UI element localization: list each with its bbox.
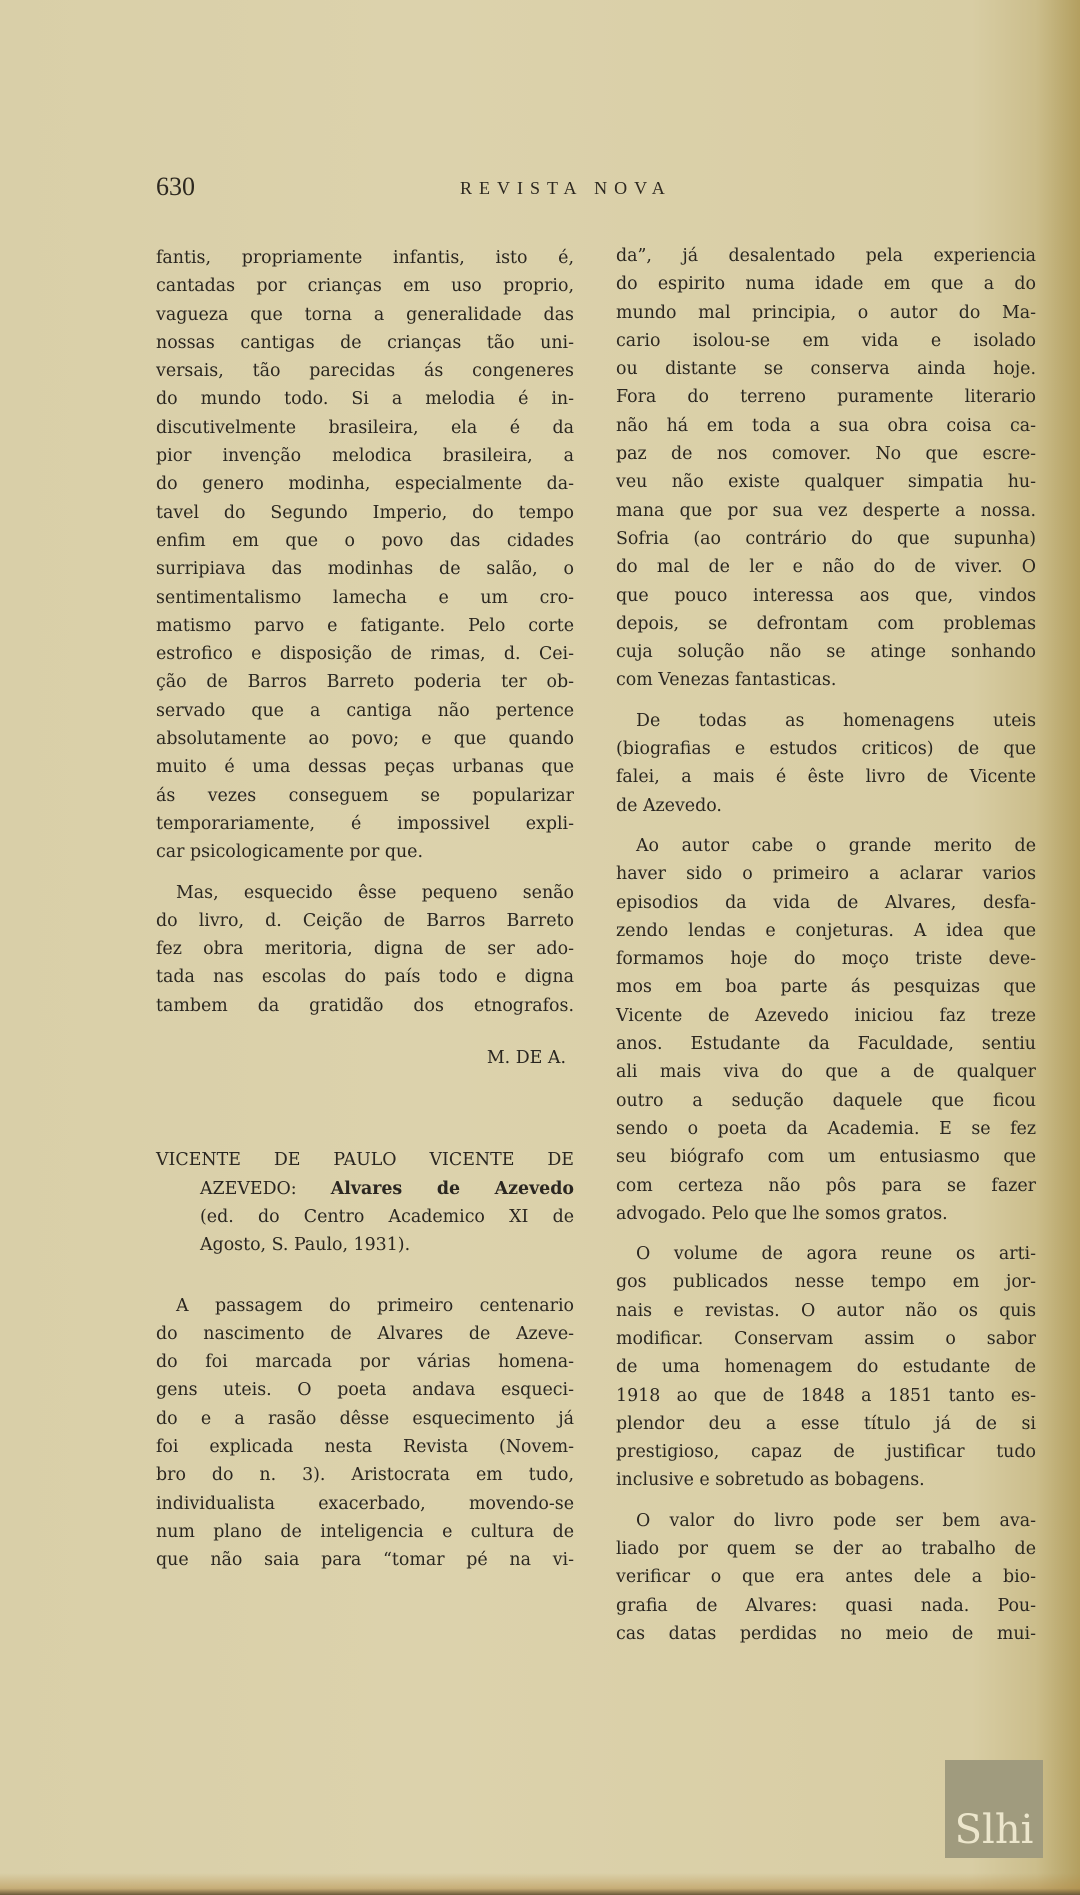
text-line: formamos hoje do moço triste deve- <box>616 945 1036 973</box>
page-number: 630 <box>156 172 195 202</box>
text-line: da”, já desalentado pela experiencia <box>616 242 1036 270</box>
page-header: 630 REVISTA NOVA <box>156 172 1020 208</box>
text-line: Ao autor cabe o grande merito de <box>616 832 1036 860</box>
text-line: do e a rasão dêsse esquecimento já <box>156 1405 574 1433</box>
text-line: foi explicada nesta Revista (Novem- <box>156 1433 574 1461</box>
text-line: discutivelmente brasileira, ela é da <box>156 414 574 442</box>
text-line: ção de Barros Barreto poderia ter ob- <box>156 668 574 696</box>
text-line: cario isolou-se em vida e isolado <box>616 327 1036 355</box>
text-line: não há em toda a sua obra coisa ca- <box>616 412 1036 440</box>
text-line: 1918 ao que de 1848 a 1851 tanto es- <box>616 1382 1036 1410</box>
text-line: car psicologicamente por que. <box>156 838 574 866</box>
publisher-line: Agosto, S. Paulo, 1931). <box>156 1231 574 1259</box>
text-line: do espirito numa idade em que a do <box>616 270 1036 298</box>
text-line: gens uteis. O poeta andava esqueci- <box>156 1376 574 1404</box>
text-line: tada nas escolas do país todo e digna <box>156 963 574 991</box>
text-line: tavel do Segundo Imperio, do tempo <box>156 499 574 527</box>
text-line: pior invenção melodica brasileira, a <box>156 442 574 470</box>
text-line: de Azevedo. <box>616 792 1036 820</box>
text-line: do nascimento de Alvares de Azeve- <box>156 1320 574 1348</box>
text-line: que pouco interessa aos que, vindos <box>616 582 1036 610</box>
text-line: plendor deu a esse título já de si <box>616 1410 1036 1438</box>
text-line: grafia de Alvares: quasi nada. Pou- <box>616 1592 1036 1620</box>
text-line: O volume de agora reune os arti- <box>616 1240 1036 1268</box>
text-line: zendo lendas e conjeturas. A idea que <box>616 917 1036 945</box>
text-line: inclusive e sobretudo as bobagens. <box>616 1466 1036 1494</box>
text-line: verificar o que era antes dele a bio- <box>616 1563 1036 1591</box>
right-column: da”, já desalentado pela experiencia do … <box>616 242 1036 1648</box>
text-line: sendo o poeta da Academia. E se fez <box>616 1115 1036 1143</box>
text-line: matismo parvo e fatigante. Pelo corte <box>156 612 574 640</box>
text-line: fez obra meritoria, digna de ser ado- <box>156 935 574 963</box>
text-line: versais, tão parecidas ás congeneres <box>156 357 574 385</box>
text-line: enfim em que o povo das cidades <box>156 527 574 555</box>
left-paragraph-1: fantis, propriamente infantis, isto é, c… <box>156 244 574 867</box>
text-line: temporariamente, é impossivel expli- <box>156 810 574 838</box>
text-line: surripiava das modinhas de salão, o <box>156 555 574 583</box>
right-paragraph-2: De todas as homenagens uteis (biografias… <box>616 707 1036 820</box>
text-line: anos. Estudante da Faculdade, sentiu <box>616 1030 1036 1058</box>
right-paragraph-3: Ao autor cabe o grande merito de haver s… <box>616 832 1036 1228</box>
text-line: veu não existe qualquer simpatia hu- <box>616 468 1036 496</box>
book-title: Alvares de Azevedo <box>331 1179 574 1199</box>
text-line: absolutamente ao povo; e que quando <box>156 725 574 753</box>
text-line: Fora do terreno puramente literario <box>616 383 1036 411</box>
text-line: que não saia para “tomar pé na vi- <box>156 1546 574 1574</box>
text-line: tambem da gratidão dos etnografos. <box>156 992 574 1020</box>
text-line: falei, a mais é êste livro de Vicente <box>616 763 1036 791</box>
left-paragraph-2: Mas, esquecido êsse pequeno senão do liv… <box>156 879 574 1020</box>
text-line: paz de nos comover. No que escre- <box>616 440 1036 468</box>
text-line: individualista exacerbado, movendo-se <box>156 1490 574 1518</box>
publisher-line: (ed. do Centro Academico XI de <box>156 1203 574 1231</box>
right-paragraph-4: O volume de agora reune os arti- gos pub… <box>616 1240 1036 1495</box>
text-line: seu biógrafo com um entusiasmo que <box>616 1143 1036 1171</box>
text-line: prestigioso, capaz de justificar tudo <box>616 1438 1036 1466</box>
text-line: com certeza não pôs para se fazer <box>616 1172 1036 1200</box>
text-line: (biografias e estudos criticos) de que <box>616 735 1036 763</box>
text-line: com Venezas fantasticas. <box>616 666 1036 694</box>
left-paragraph-3: A passagem do primeiro centenario do nas… <box>156 1292 574 1575</box>
text-line: sentimentalismo lamecha e um cro- <box>156 584 574 612</box>
text-line: ali mais viva do que a de qualquer <box>616 1058 1036 1086</box>
watermark-logo: Slhi <box>945 1760 1043 1858</box>
text-line: gos publicados nesse tempo em jor- <box>616 1268 1036 1296</box>
text-line: do genero modinha, especialmente da- <box>156 470 574 498</box>
text-line: ou distante se conserva ainda hoje. <box>616 355 1036 383</box>
text-line: fantis, propriamente infantis, isto é, <box>156 244 574 272</box>
text-line: servado que a cantiga não pertence <box>156 697 574 725</box>
text-line: depois, se defrontam com problemas <box>616 610 1036 638</box>
text-line: A passagem do primeiro centenario <box>156 1292 574 1320</box>
text-line: mana que por sua vez desperte a nossa. <box>616 497 1036 525</box>
text-line: mos em boa parte ás pesquizas que <box>616 973 1036 1001</box>
left-column: fantis, propriamente infantis, isto é, c… <box>156 244 574 1574</box>
review-title-line: AZEVEDO: Alvares de Azevedo <box>156 1175 574 1203</box>
text-line: cas datas perdidas no meio de mui- <box>616 1620 1036 1648</box>
text-line: do mal de ler e não do de viver. O <box>616 553 1036 581</box>
text-line: mundo mal principia, o autor do Ma- <box>616 299 1036 327</box>
right-paragraph-5: O valor do livro pode ser bem ava- liado… <box>616 1507 1036 1648</box>
text-line: do mundo todo. Si a melodia é in- <box>156 385 574 413</box>
text-line: modificar. Conservam assim o sabor <box>616 1325 1036 1353</box>
text-line: bro do n. 3). Aristocrata em tudo, <box>156 1461 574 1489</box>
review-author: VICENTE DE PAULO VICENTE DE <box>156 1146 574 1174</box>
text-line: outro a sedução daquele que ficou <box>616 1087 1036 1115</box>
text-line: ás vezes conseguem se popularizar <box>156 782 574 810</box>
text-line: Sofria (ao contrário do que supunha) <box>616 525 1036 553</box>
text-line: liado por quem se der ao trabalho de <box>616 1535 1036 1563</box>
review-heading: VICENTE DE PAULO VICENTE DE AZEVEDO: Alv… <box>156 1146 574 1259</box>
text-line: cantadas por crianças em uso proprio, <box>156 272 574 300</box>
text-line: muito é uma dessas peças urbanas que <box>156 753 574 781</box>
scanned-page: 630 REVISTA NOVA fantis, propriamente in… <box>0 0 1080 1895</box>
text-line: O valor do livro pode ser bem ava- <box>616 1507 1036 1535</box>
text-line: episodios da vida de Alvares, desfa- <box>616 889 1036 917</box>
logo-text: Slhi <box>955 1810 1034 1858</box>
author-signature: M. DE A. <box>156 1044 574 1072</box>
text-line: estrofico e disposição de rimas, d. Cei- <box>156 640 574 668</box>
text-line: Mas, esquecido êsse pequeno senão <box>156 879 574 907</box>
text-line: advogado. Pelo que lhe somos gratos. <box>616 1200 1036 1228</box>
text-line: nais e revistas. O autor não os quis <box>616 1297 1036 1325</box>
text-line: de uma homenagem do estudante de <box>616 1353 1036 1381</box>
review-author-cont: AZEVEDO: <box>200 1179 297 1199</box>
text-line: Vicente de Azevedo iniciou faz treze <box>616 1002 1036 1030</box>
text-line: do livro, d. Ceição de Barros Barreto <box>156 907 574 935</box>
text-line: vagueza que torna a generalidade das <box>156 301 574 329</box>
right-paragraph-1: da”, já desalentado pela experiencia do … <box>616 242 1036 695</box>
text-line: haver sido o primeiro a aclarar varios <box>616 860 1036 888</box>
text-line: do foi marcada por várias homena- <box>156 1348 574 1376</box>
text-line: num plano de inteligencia e cultura de <box>156 1518 574 1546</box>
text-line: nossas cantigas de crianças tão uni- <box>156 329 574 357</box>
text-line: cuja solução não se atinge sonhando <box>616 638 1036 666</box>
running-title: REVISTA NOVA <box>460 178 672 199</box>
text-line: De todas as homenagens uteis <box>616 707 1036 735</box>
